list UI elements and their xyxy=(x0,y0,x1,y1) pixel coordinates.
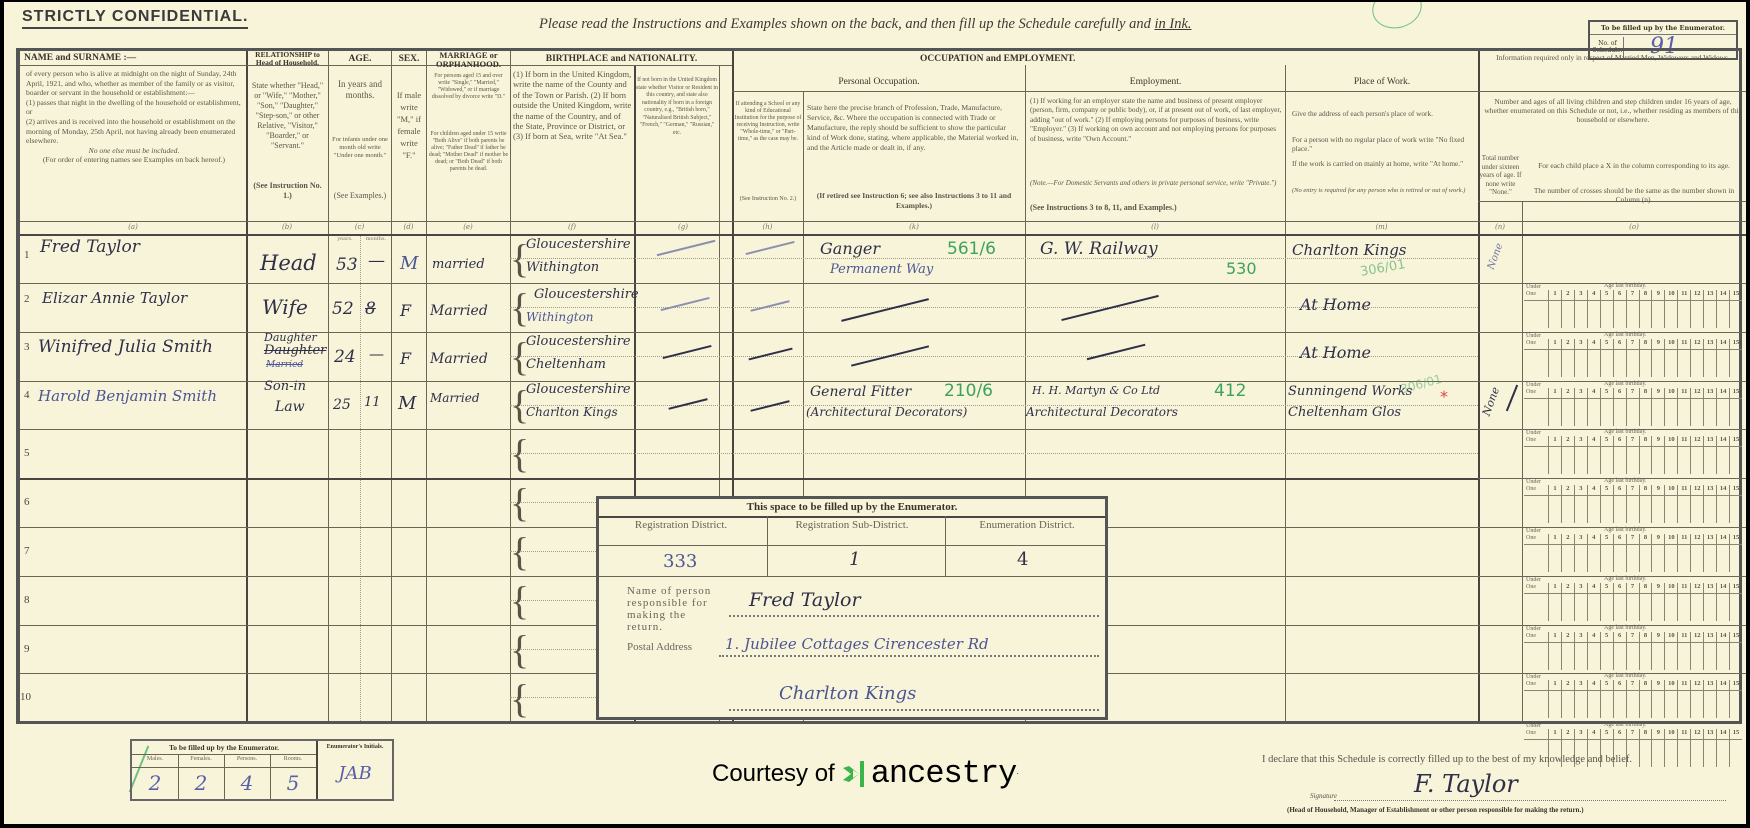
relationship-struck-note: Married xyxy=(266,360,303,370)
relationship: Wife xyxy=(262,295,308,319)
blank-dash xyxy=(661,297,710,311)
col-divider xyxy=(391,51,392,721)
age-grid-row-1: Under OneAge last birthday.1234567891011… xyxy=(1524,282,1742,330)
age-col-12: 12 xyxy=(1690,729,1703,767)
col-divider xyxy=(246,51,248,721)
brace: { xyxy=(510,434,529,474)
age-col-7: 7 xyxy=(1626,534,1639,572)
relationship: Head xyxy=(260,251,317,275)
col-k-letter: (k) xyxy=(803,223,1025,231)
age-col-6: 6 xyxy=(1613,339,1626,377)
age-col-6: 6 xyxy=(1613,388,1626,426)
age-grid-row-9: Under OneAge last birthday.1234567891011… xyxy=(1524,672,1742,720)
census-schedule-page: STRICTLY CONFIDENTIAL. Please read the I… xyxy=(4,2,1746,824)
age-caption: Age last birthday. xyxy=(1604,429,1646,436)
age-col-10: 10 xyxy=(1664,436,1677,474)
row-number: 4 xyxy=(24,389,30,401)
birth-county: Gloucestershire xyxy=(526,237,631,252)
age-col-4: 4 xyxy=(1587,632,1600,670)
person-name: Winifred Julia Smith xyxy=(38,337,213,357)
col-m-text2: For a person with no regular place of wo… xyxy=(1292,135,1474,154)
age-col-5: 5 xyxy=(1600,632,1613,670)
age-col-7: 7 xyxy=(1626,339,1639,377)
col-m-text3: If the work is carried on mainly at home… xyxy=(1292,159,1474,168)
age-grid-line xyxy=(1524,593,1742,594)
age-col-1: 1 xyxy=(1548,583,1561,621)
age-col-3: 3 xyxy=(1574,485,1587,523)
col-c-note: For infants under one month old write "U… xyxy=(330,136,390,160)
divider xyxy=(599,545,1105,546)
personal-occupation-title: Personal Occupation. xyxy=(733,77,1025,88)
age-grid-line xyxy=(1524,739,1742,740)
age-years: 25 xyxy=(333,397,351,413)
col-c-title: AGE. xyxy=(329,54,391,65)
age-col-5: 5 xyxy=(1600,339,1613,377)
responsible-person: Fred Taylor xyxy=(749,589,861,611)
males-value: 2 xyxy=(132,771,178,795)
signature: F. Taylor xyxy=(1414,770,1518,798)
age-col-14: 14 xyxy=(1716,534,1729,572)
relationship-line2: Law xyxy=(275,399,305,415)
age-grid-row-2: Under OneAge last birthday.1234567891011… xyxy=(1524,331,1742,379)
occupation-detail: (Architectural Decorators) xyxy=(806,405,967,419)
col-a-text4: No one else must be included. xyxy=(26,146,242,156)
age-col-6: 6 xyxy=(1613,680,1626,718)
row-line xyxy=(20,381,1478,382)
col-a-letter: (a) xyxy=(20,223,246,231)
age-col-2: 2 xyxy=(1561,534,1574,572)
age-col-3: 3 xyxy=(1574,436,1587,474)
age-col-2: 2 xyxy=(1561,436,1574,474)
age-col-1: 1 xyxy=(1548,632,1561,670)
employer: G. W. Railway xyxy=(1040,239,1158,259)
age-col-8: 8 xyxy=(1639,729,1652,767)
age-col-15: 15 xyxy=(1729,339,1742,377)
age-col-3: 3 xyxy=(1574,339,1587,377)
row-number: 8 xyxy=(24,594,30,606)
col-divider xyxy=(328,51,329,721)
age-caption: Age last birthday. xyxy=(1604,283,1646,290)
married-info-text: Number and ages of all living children a… xyxy=(1482,97,1744,124)
hdr-line xyxy=(1478,91,1746,92)
age-years: 53 xyxy=(336,255,358,275)
age-col-12: 12 xyxy=(1690,339,1703,377)
courtesy-text: Courtesy of xyxy=(712,760,835,788)
place-code: 306/01 xyxy=(1359,257,1407,280)
age-col-14: 14 xyxy=(1716,485,1729,523)
persons-label: Persons. xyxy=(224,756,270,762)
under-one-label: Under One xyxy=(1526,382,1546,396)
initials-label: Enumerator's Initials. xyxy=(318,744,392,750)
age-caption: Age last birthday. xyxy=(1604,673,1646,680)
divider xyxy=(599,576,1105,577)
age-col-10: 10 xyxy=(1664,583,1677,621)
age-years: 24 xyxy=(334,347,356,367)
brace: { xyxy=(510,630,529,670)
age-col-10: 10 xyxy=(1664,485,1677,523)
person-name: Fred Taylor xyxy=(40,237,140,257)
age-col-5: 5 xyxy=(1600,290,1613,328)
age-col-3: 3 xyxy=(1574,680,1587,718)
birth-town: Charlton Kings xyxy=(526,405,618,419)
age-col-5: 5 xyxy=(1600,583,1613,621)
age-col-12: 12 xyxy=(1690,436,1703,474)
signature-line xyxy=(1334,800,1726,801)
age-col-4: 4 xyxy=(1587,680,1600,718)
instructions-line: Please read the Instructions and Example… xyxy=(539,16,1192,33)
age-col-7: 7 xyxy=(1626,632,1639,670)
age-col-13: 13 xyxy=(1703,436,1716,474)
ancestry-leaf-icon xyxy=(839,759,869,789)
reg-sub-label: Registration Sub-District. xyxy=(769,519,935,531)
birth-town: Cheltenham xyxy=(526,357,606,372)
place-of-work: At Home xyxy=(1300,295,1371,314)
age-col-8: 8 xyxy=(1639,680,1652,718)
age-caption: Age last birthday. xyxy=(1604,722,1646,729)
age-col-13: 13 xyxy=(1703,534,1716,572)
confidential-title: STRICTLY CONFIDENTIAL. xyxy=(22,8,248,29)
age-col-3: 3 xyxy=(1574,388,1587,426)
females-value: 2 xyxy=(178,771,224,795)
hdr-bottom-line xyxy=(20,234,1746,236)
age-col-8: 8 xyxy=(1639,388,1652,426)
age-col-2: 2 xyxy=(1561,583,1574,621)
col-k-text: State here the precise branch of Profess… xyxy=(807,103,1021,153)
col-d-letter: (d) xyxy=(391,223,426,231)
age-grid-row-5: Under OneAge last birthday.1234567891011… xyxy=(1524,477,1742,525)
blank-dash xyxy=(746,241,795,255)
age-col-6: 6 xyxy=(1613,485,1626,523)
reg-sub-value: 1 xyxy=(849,549,860,570)
col-divider xyxy=(1285,65,1286,721)
age-col-1: 1 xyxy=(1548,339,1561,377)
age-grid-row-6: Under OneAge last birthday.1234567891011… xyxy=(1524,526,1742,574)
col-c-years: years. xyxy=(330,236,360,242)
age-col-12: 12 xyxy=(1690,583,1703,621)
row-number: 10 xyxy=(20,691,31,703)
age-col-4: 4 xyxy=(1587,583,1600,621)
age-col-11: 11 xyxy=(1677,436,1690,474)
age-col-9: 9 xyxy=(1651,632,1664,670)
blank-dash xyxy=(841,298,929,321)
under-one-label: Under One xyxy=(1526,723,1546,737)
reg-district-value: 333 xyxy=(663,551,697,572)
age-col-15: 15 xyxy=(1729,680,1742,718)
col-m-letter: (m) xyxy=(1285,223,1478,231)
age-col-9: 9 xyxy=(1651,290,1664,328)
age-col-1: 1 xyxy=(1548,290,1561,328)
place-of-work: At Home xyxy=(1300,343,1371,362)
under-one-label: Under One xyxy=(1526,333,1546,347)
col-e-text2: For children aged under 15 write "Both A… xyxy=(428,131,509,173)
col-e-title: MARRIAGE or ORPHANHOOD. xyxy=(427,51,510,69)
age-col-7: 7 xyxy=(1626,485,1639,523)
age-col-15: 15 xyxy=(1729,388,1742,426)
hdr-line xyxy=(732,91,1478,92)
employer-code: 530 xyxy=(1226,259,1257,278)
age-grid-row-7: Under OneAge last birthday.1234567891011… xyxy=(1524,575,1742,623)
dotted-line xyxy=(719,655,1099,657)
age-grid-row-8: Under OneAge last birthday.1234567891011… xyxy=(1524,624,1742,672)
col-l-see: (See Instructions 3 to 8, 11, and Exampl… xyxy=(1030,203,1282,213)
age-col-8: 8 xyxy=(1639,583,1652,621)
col-divider xyxy=(426,51,427,721)
age-caption: Age last birthday. xyxy=(1604,478,1646,485)
under-one-label: Under One xyxy=(1526,430,1546,444)
person-name: Elizar Annie Taylor xyxy=(42,289,187,307)
age-col-13: 13 xyxy=(1703,339,1716,377)
red-asterisk: * xyxy=(1440,387,1448,406)
age-col-1: 1 xyxy=(1548,680,1561,718)
age-grid-line xyxy=(1524,300,1742,301)
col-h-text: If attending a School or any kind of Edu… xyxy=(734,101,802,143)
age-col-15: 15 xyxy=(1729,534,1742,572)
age-col-11: 11 xyxy=(1677,632,1690,670)
col-m-text1: Give the address of each person's place … xyxy=(1292,109,1474,118)
col-n-letter: (n) xyxy=(1478,223,1522,231)
age-col-7: 7 xyxy=(1626,583,1639,621)
age-months: — xyxy=(369,345,384,363)
col-c-letter: (c) xyxy=(328,223,391,231)
instructions-text: Please read the Instructions and Example… xyxy=(539,16,1154,32)
under-one-label: Under One xyxy=(1526,577,1546,591)
age-col-12: 12 xyxy=(1690,632,1703,670)
summary-caption: To be filled up by the Enumerator. xyxy=(132,743,316,752)
enumerator-initials: JAB xyxy=(318,763,392,784)
age-months: 11 xyxy=(364,395,381,410)
age-col-5: 5 xyxy=(1600,388,1613,426)
age-col-15: 15 xyxy=(1729,729,1742,767)
age-col-8: 8 xyxy=(1639,436,1652,474)
age-col-4: 4 xyxy=(1587,436,1600,474)
age-col-14: 14 xyxy=(1716,436,1729,474)
row-number: 6 xyxy=(24,496,30,508)
place-of-work-title: Place of Work. xyxy=(1286,77,1478,88)
age-col-9: 9 xyxy=(1651,339,1664,377)
employer-code: 412 xyxy=(1214,381,1246,401)
age-months: 8 xyxy=(365,299,376,319)
age-col-9: 9 xyxy=(1651,680,1664,718)
age-col-9: 9 xyxy=(1651,583,1664,621)
row-midline xyxy=(510,453,1478,454)
age-grid-line xyxy=(1524,690,1742,691)
place-of-work-line2: Cheltenham Glos xyxy=(1288,405,1401,420)
birth-county: Gloucestershire xyxy=(534,287,639,302)
place-of-work: Charlton Kings xyxy=(1292,241,1407,259)
age-col-11: 11 xyxy=(1677,534,1690,572)
age-col-15: 15 xyxy=(1729,485,1742,523)
age-col-2: 2 xyxy=(1561,388,1574,426)
col-f-letter: (f) xyxy=(510,223,634,231)
col-o-text2: The number of crosses should be the same… xyxy=(1526,186,1742,204)
birth-county: Gloucestershire xyxy=(526,382,631,397)
age-col-2: 2 xyxy=(1561,339,1574,377)
age-col-2: 2 xyxy=(1561,680,1574,718)
marital-status: Married xyxy=(430,391,480,405)
reg-district-label: Registration District. xyxy=(601,519,761,531)
age-col-14: 14 xyxy=(1716,339,1729,377)
occupation-detail: Permanent Way xyxy=(830,262,933,277)
age-col-4: 4 xyxy=(1587,339,1600,377)
relationship-struck: Daughter xyxy=(264,343,326,358)
col-c-text: In years and months. xyxy=(330,79,390,101)
age-col-11: 11 xyxy=(1677,290,1690,328)
under-one-label: Under One xyxy=(1526,284,1546,298)
col-h-note: (See Instruction No. 2.) xyxy=(734,196,802,203)
col-l-letter: (l) xyxy=(1025,223,1285,231)
age-col-6: 6 xyxy=(1613,436,1626,474)
hdr-line xyxy=(510,65,732,66)
age-col-14: 14 xyxy=(1716,729,1729,767)
age-col-14: 14 xyxy=(1716,632,1729,670)
occupation-title: OCCUPATION and EMPLOYMENT. xyxy=(820,54,1470,65)
dotted-line xyxy=(729,615,1099,617)
age-col-9: 9 xyxy=(1651,388,1664,426)
under-one-label: Under One xyxy=(1526,479,1546,493)
row-line xyxy=(20,429,1478,430)
age-col-15: 15 xyxy=(1729,290,1742,328)
age-grid-line xyxy=(1524,642,1742,643)
enumerator-box: This space to be filled up by the Enumer… xyxy=(596,496,1108,720)
age-months: — xyxy=(368,251,385,271)
row-line xyxy=(20,283,1478,284)
age-col-1: 1 xyxy=(1548,436,1561,474)
col-e-letter: (e) xyxy=(426,223,510,231)
age-col-5: 5 xyxy=(1600,534,1613,572)
col-c-months: months. xyxy=(361,236,391,242)
col-divider xyxy=(1522,201,1523,721)
age-col-9: 9 xyxy=(1651,729,1664,767)
age-col-11: 11 xyxy=(1677,583,1690,621)
age-col-11: 11 xyxy=(1677,339,1690,377)
children-total: None xyxy=(1480,385,1502,417)
col-c-see: (See Examples.) xyxy=(330,191,390,201)
age-grid-row-3: Under OneAge last birthday.1234567891011… xyxy=(1524,380,1742,428)
age-col-10: 10 xyxy=(1664,339,1677,377)
brace: { xyxy=(510,679,529,719)
age-col-13: 13 xyxy=(1703,485,1716,523)
blank-dash xyxy=(750,300,789,311)
hdr-line xyxy=(20,221,1746,222)
age-col-1: 1 xyxy=(1548,534,1561,572)
age-caption: Age last birthday. xyxy=(1604,527,1646,534)
enumerator-summary-box: To be filled up by the Enumerator. Males… xyxy=(130,739,394,801)
trademark: · xyxy=(1016,769,1019,778)
hdr-line xyxy=(20,65,246,66)
employment-title: Employment. xyxy=(1026,77,1285,88)
age-col-2: 2 xyxy=(1561,290,1574,328)
birth-town: Withington xyxy=(526,310,594,324)
rooms-value: 5 xyxy=(270,771,316,795)
person-name: Harold Benjamin Smith xyxy=(38,387,217,405)
row-number: 2 xyxy=(24,293,30,305)
col-a-text1: of every person who is alive at midnight… xyxy=(26,69,242,98)
col-a-text2: (1) passes that night in the dwelling of… xyxy=(26,98,242,117)
age-col-1: 1 xyxy=(1548,388,1561,426)
col-b-note: (See Instruction No. 1.) xyxy=(249,181,326,201)
col-d-title: SEX. xyxy=(392,54,426,65)
age-col-10: 10 xyxy=(1664,680,1677,718)
age-caption: Age last birthday. xyxy=(1604,332,1646,339)
age-col-15: 15 xyxy=(1729,583,1742,621)
age-years: 52 xyxy=(332,299,354,319)
divider xyxy=(599,516,1105,518)
postal-address-line1: 1. Jubilee Cottages Cirencester Rd xyxy=(725,635,989,653)
age-grid-line xyxy=(1524,446,1742,447)
col-o-text1: For each child place a X in the column c… xyxy=(1526,161,1742,170)
age-col-10: 10 xyxy=(1664,388,1677,426)
age-col-11: 11 xyxy=(1677,680,1690,718)
age-col-12: 12 xyxy=(1690,534,1703,572)
brace: { xyxy=(510,483,529,523)
age-col-9: 9 xyxy=(1651,534,1664,572)
birthplace-title: BIRTHPLACE and NATIONALITY. xyxy=(511,54,732,65)
age-col-7: 7 xyxy=(1626,680,1639,718)
age-grid-row-4: Under OneAge last birthday.1234567891011… xyxy=(1524,428,1742,476)
age-col-5: 5 xyxy=(1600,436,1613,474)
age-col-13: 13 xyxy=(1703,388,1716,426)
col-h-letter: (h) xyxy=(732,223,803,231)
brace: { xyxy=(510,532,529,572)
sex: F xyxy=(400,301,411,320)
birth-county: Gloucestershire xyxy=(526,334,631,349)
age-col-13: 13 xyxy=(1703,729,1716,767)
age-col-15: 15 xyxy=(1729,632,1742,670)
col-d-text: If male write "M," if female write "F." xyxy=(393,89,425,161)
enumerator-box-caption: This space to be filled up by the Enumer… xyxy=(599,501,1105,513)
under-one-label: Under One xyxy=(1526,674,1546,688)
age-col-12: 12 xyxy=(1690,680,1703,718)
dotted-line xyxy=(729,709,1099,711)
col-divider xyxy=(1478,51,1480,721)
age-col-6: 6 xyxy=(1613,583,1626,621)
ancestry-watermark: Courtesy of ancestry· xyxy=(712,755,1019,792)
age-col-1: 1 xyxy=(1548,485,1561,523)
col-e-text: For persons aged 15 and over write "Sing… xyxy=(428,73,509,101)
age-grid-line xyxy=(1524,349,1742,350)
col-m-note: (No entry is required for any person who… xyxy=(1292,187,1474,195)
postal-address-line2: Charlton Kings xyxy=(779,683,916,704)
age-col-15: 15 xyxy=(1729,436,1742,474)
age-col-12: 12 xyxy=(1690,290,1703,328)
age-col-13: 13 xyxy=(1703,680,1716,718)
age-col-7: 7 xyxy=(1626,436,1639,474)
sex: F xyxy=(400,349,411,368)
signature-label: Signature xyxy=(1310,792,1337,800)
divider xyxy=(945,516,946,576)
marital-status: Married xyxy=(430,351,488,367)
col-n-text: Total number under sixteen years of age.… xyxy=(1479,154,1522,197)
age-col-4: 4 xyxy=(1587,534,1600,572)
age-col-3: 3 xyxy=(1574,534,1587,572)
col-o-letter: (o) xyxy=(1522,223,1746,231)
age-col-2: 2 xyxy=(1561,632,1574,670)
row-number: 5 xyxy=(24,447,30,459)
col-b-title: RELATIONSHIP to Head of Household. xyxy=(247,51,328,67)
col-l-note: (Note.—For Domestic Servants and others … xyxy=(1030,179,1282,188)
under-one-label: Under One xyxy=(1526,626,1546,640)
col-a-title: NAME and SURNAME :— xyxy=(24,53,244,64)
age-col-7: 7 xyxy=(1626,388,1639,426)
age-caption: Age last birthday. xyxy=(1604,576,1646,583)
males-label: Males. xyxy=(132,756,178,762)
enum-district-value: 4 xyxy=(1017,549,1028,570)
age-col-8: 8 xyxy=(1639,339,1652,377)
age-col-8: 8 xyxy=(1639,632,1652,670)
enum-district-label: Enumeration District. xyxy=(949,519,1105,531)
age-grid-line xyxy=(1524,495,1742,496)
blank-dash xyxy=(668,398,707,409)
